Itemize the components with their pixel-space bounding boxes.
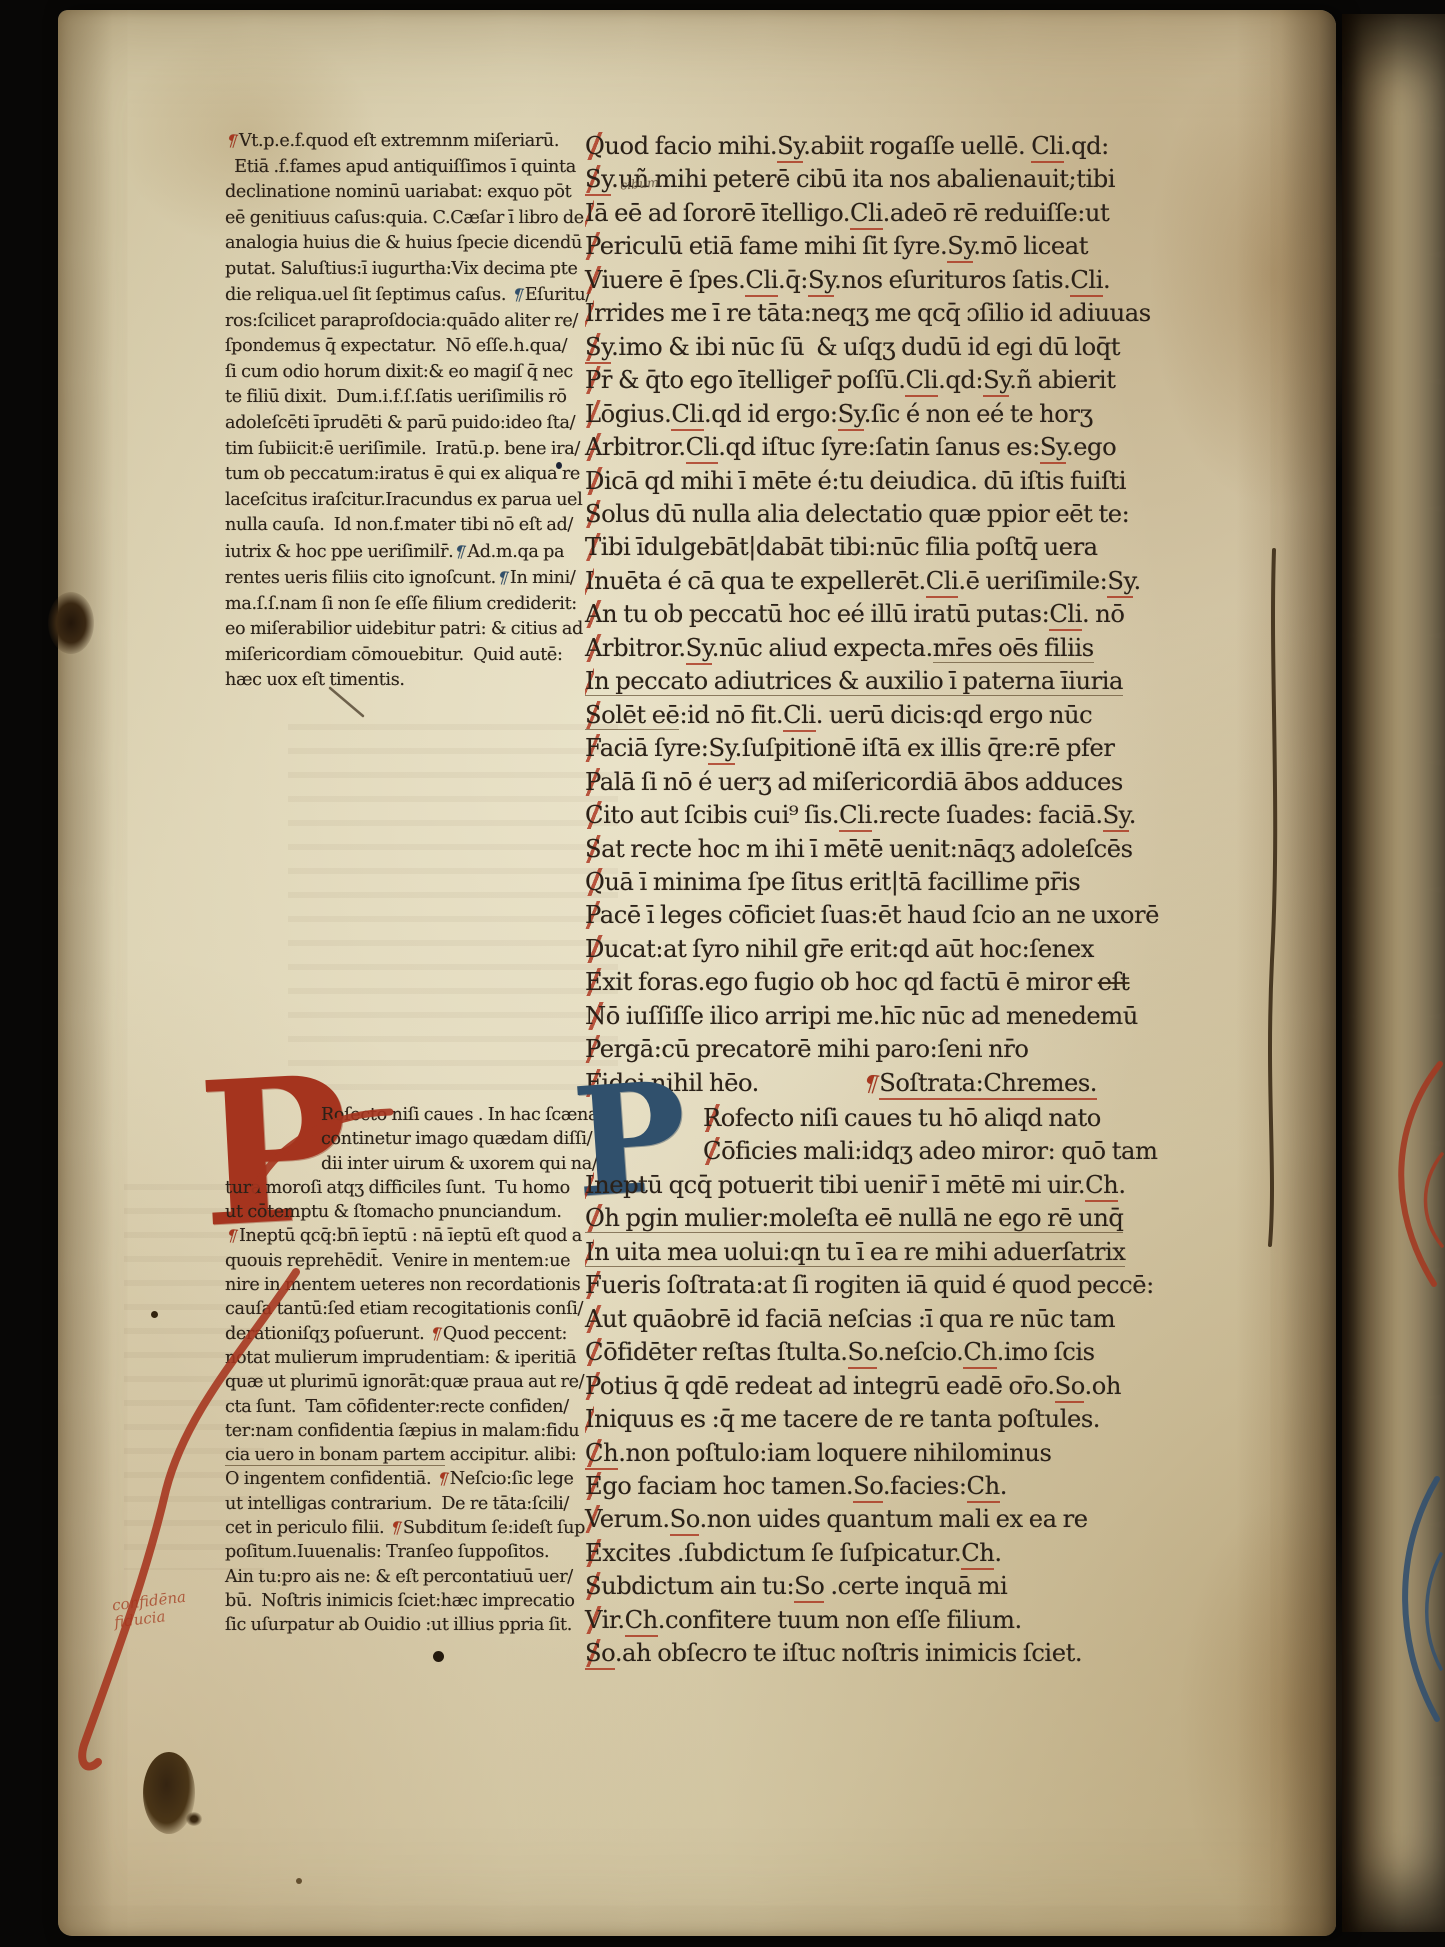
wormhole: [48, 592, 94, 654]
facing-page-edge: [1342, 14, 1445, 1932]
text-line: Iniquus es :q̄ me tacere de re tanta poſ…: [585, 1403, 1315, 1436]
speaker-abbrev: So: [848, 1338, 878, 1369]
paragraph-mark-icon: ¶: [435, 1467, 451, 1493]
speaker-abbrev: Cli: [671, 400, 704, 431]
ink-strikethrough: eſt: [1098, 968, 1130, 996]
text-line: dii inter uirum & uxorem qui na/: [225, 1152, 620, 1176]
text-line: ſi cum odio horum dixit:& eo magiſ q̄ ne…: [225, 360, 620, 386]
text-line: hæc uox eſt timentis.: [225, 668, 620, 694]
text-line: Iā eē ad ſororē ītelligo.Cli.adeō rē red…: [585, 197, 1315, 230]
speaker-abbrev: Sy: [947, 232, 973, 263]
text-line: ¶Ineptū qcq̄:bn̄ īeptū : nā īeptū eſt qu…: [225, 1224, 620, 1248]
text-line: notat mulierum imprudentiam: & iperitiā: [225, 1346, 620, 1370]
speaker-abbrev: Cli: [1070, 266, 1103, 297]
text-line: cauſa tantū:ſed etiam recogitationis con…: [225, 1297, 620, 1321]
text-line: Lōgius.Cli.qd id ergo:Sy.ſic é non eé te…: [585, 398, 1315, 431]
speaker-abbrev: Sy: [983, 366, 1009, 397]
text-line: Rofecto niſi caues tu hō aliqd nato: [585, 1102, 1315, 1135]
text-line: Etiā .f.fames apud antiquiſſimos ī quint…: [225, 155, 620, 181]
facing-page-initials-icon: [1342, 14, 1445, 1932]
text-line: Roſecto niſi caues . In hac ſcæna: [225, 1103, 620, 1127]
text-line: quouis reprehēdit̄. Venire in mentem:ue: [225, 1249, 620, 1273]
text-line: adoleſcēti īprudēti & parū puido:ideo ſt…: [225, 411, 620, 437]
text-line: Ineptū qcq̄ potuerit tibi uenir̄ ī mētē …: [585, 1169, 1315, 1202]
speaker-abbrev: Sy: [1103, 801, 1129, 832]
text-line: Ain tu:pro ais ne: & eſt percontatiuū ue…: [225, 1565, 620, 1589]
photo-background: ¶Vt.p.e.f.quod eſt extremnm miſeriarū. E…: [0, 0, 1445, 1947]
text-line: ſic uſurpatur ab Ouidio :ut illius ppria…: [225, 1613, 620, 1637]
speaker-abbrev: Sy: [777, 132, 803, 163]
text-line: ter:nam confidentia ſæpius in malam:fidu: [225, 1419, 620, 1443]
text-line: te filiū dixit. Dum.i.f.ſ.ſatis ueriſimi…: [225, 385, 620, 411]
speaker-abbrev: Ch: [625, 1606, 658, 1637]
text-line: Pr̄ & q̄to ego ītelliger̄ poſſū.Cli.qd:S…: [585, 364, 1315, 397]
speaker-abbrev: Sy: [1107, 567, 1133, 598]
text-line: Oh pgin mulier:moleſta eē nullā ne ego r…: [585, 1202, 1315, 1235]
text-line: cta ſunt. Tam cōfidenter:recte confiden/: [225, 1395, 620, 1419]
text-line: ſpondemus q̄ expectatur. Nō eſſe.h.qua/: [225, 334, 620, 360]
speaker-abbrev: Ch: [967, 1472, 1000, 1503]
text-line: bū. Noſtris inimicis ſciet:hæc imprecati…: [225, 1589, 620, 1613]
paragraph-mark-icon: ¶: [428, 1321, 444, 1347]
text-line: ut intelligas contrarium. De re tāta:ſci…: [225, 1492, 620, 1516]
text-line: Quod facio mihi.Sy.abiit rogaſſe uellē. …: [585, 130, 1315, 163]
ink-blot: [186, 1812, 202, 1826]
paragraph-mark-icon: ¶: [509, 282, 526, 309]
text-line: Dicā qd mihi ī mēte é:tu deiudica. dū iſ…: [585, 465, 1315, 498]
speaker-abbrev: Ch: [961, 1539, 994, 1570]
text-line: O ingentem confidentiā. ¶Neſcio:ſic lege: [225, 1467, 620, 1491]
text-line: Vir.Ch.confitere tuum non eſſe filium.: [585, 1604, 1315, 1637]
ink-underline: mr̄es oēs filiis: [933, 634, 1094, 663]
text-line: Arbitror.Cli.qd iſtuc ſyre:ſatin ſanus e…: [585, 431, 1315, 464]
text-line: Aut quāobrē id faciā neſcias :ī qua re n…: [585, 1303, 1315, 1336]
text-line: nire in mentem ueteres non recordationis: [225, 1273, 620, 1297]
text-line: poſitum.Iuuenalis: Tranſeo ſuppoſitos.: [225, 1540, 620, 1564]
text-line: miſericordiam cōmouebitur. Quid autē:: [225, 643, 620, 669]
ink-underline: In uita mea uolui:qn tu ī ea re mihi adu…: [585, 1238, 1125, 1267]
text-line: Cōfidēter reſtas ſtulta.So.neſcio.Ch.imo…: [585, 1336, 1315, 1369]
speaker-abbrev: Cli: [850, 199, 883, 230]
text-line: quæ ut plurimū ignorāt:quæ praua aut re/: [225, 1370, 620, 1394]
text-line: Verum.So.non uides quantum mali ex ea re: [585, 1503, 1315, 1536]
text-line: Tibi īdulgebāt|dabāt tibi:nūc filia poſt…: [585, 531, 1315, 564]
speaker-abbrev: Cli: [1031, 132, 1064, 163]
speaker-abbrev: Sy: [838, 400, 864, 431]
text-line: In peccato adiutrices & auxilio ī patern…: [585, 665, 1315, 698]
ink-underline: In peccato adiutrices & auxilio ī patern…: [585, 667, 1123, 696]
text-line: die reliqua.uel ſit ſeptimus caſus. ¶Eſu…: [225, 282, 620, 309]
text-line: In uita mea uolui:qn tu ī ea re mihi adu…: [585, 1236, 1315, 1269]
text-line: So.ah obſecro te iſtuc noſtris inimicis …: [585, 1637, 1315, 1670]
text-line: derationiſqʒ poſuerunt. ¶Quod peccent:: [225, 1322, 620, 1346]
text-line: laceſcitus iraſcitur.Iracundus ex parua …: [225, 488, 620, 514]
text-line: Periculū etiā fame mihi ſit ſyre.Sy.mō l…: [585, 230, 1315, 263]
commentary-block-top: ¶Vt.p.e.f.quod eſt extremnm miſeriarū. E…: [225, 128, 620, 694]
paragraph-mark-icon: ¶: [224, 127, 241, 154]
text-line: cet in periculo filii. ¶Subditum ſe:ideſ…: [225, 1516, 620, 1540]
text-line: Sat recte hoc m ihi ī mētē uenit:nāqʒ ad…: [585, 833, 1315, 866]
ink-spot: [433, 1651, 444, 1662]
speaker-abbrev: So: [585, 1639, 615, 1670]
text-line: Palā ſi nō é uerʒ ad miſericordiā ābos a…: [585, 766, 1315, 799]
ink-underline: Oh pgin mulier:moleſta eē nullā ne ego r…: [585, 1204, 1123, 1233]
text-line: Fidei nihil hēo. ¶Soſtrata:Chremes.: [585, 1067, 1315, 1101]
commentary-block-bottom: Roſecto niſi caues . In hac ſcænacontine…: [225, 1103, 620, 1638]
speaker-abbrev: So: [853, 1472, 883, 1503]
speaker-abbrev: Sy: [808, 266, 834, 297]
speaker-abbrev: Sy: [585, 165, 611, 196]
text-line: Cōficies mali:idqʒ adeo miror: quō tam: [585, 1135, 1315, 1168]
text-line: Potius q̄ qdē redeat ad integrū eadē or̄…: [585, 1370, 1315, 1403]
text-line: Exit foras.ego fugio ob hoc qd factū ē m…: [585, 966, 1315, 999]
speaker-abbrev: Sy: [1040, 433, 1066, 464]
speaker-abbrev: So: [794, 1572, 824, 1603]
text-line: putat. Saluſtius:ī iugurtha:Vix decima p…: [225, 257, 620, 283]
paragraph-mark-icon: ¶: [452, 538, 469, 565]
text-line: ut cōtemptu & ſtomacho pnunciandum.: [225, 1200, 620, 1224]
text-line: Ducat:at ſyro nihil gr̄e erit:qd aūt hoc…: [585, 933, 1315, 966]
text-line: Solēt eē:id nō fit.Cli. uerū dicis:qd er…: [585, 699, 1315, 732]
speaker-abbrev: So: [1055, 1372, 1085, 1403]
marginal-annotation: confidēna fiducia: [111, 1589, 189, 1632]
text-line: declinatione nominū uariabat: exquo pōt: [225, 180, 620, 206]
paragraph-mark-icon: ¶: [224, 1224, 240, 1250]
paragraph-mark-icon: ¶: [388, 1515, 404, 1541]
text-line: continetur imago quædam diſſi/: [225, 1127, 620, 1151]
speaker-abbrev: Sy: [686, 634, 712, 665]
text-line: Fueris ſoſtrata:at ſi rogiten iā quid é …: [585, 1269, 1315, 1302]
text-line: ma.ſ.ſ.nam ſi non ſe eſſe filium credide…: [225, 592, 620, 618]
speaker-abbrev: So: [670, 1505, 700, 1536]
speaker-abbrev: Ch: [963, 1338, 996, 1369]
text-line: Inuēta é cā qua te expellerēt.Cli.ē ueri…: [585, 565, 1315, 598]
text-line: Irrides me ī re tāta:neqʒ me qcq̄ ɔſilio…: [585, 297, 1315, 330]
speaker-abbrev: Cli: [1049, 600, 1082, 631]
text-line: iutrix & hoc ppe ueriſimilr̄.¶Ad.m.qa pa: [225, 539, 620, 566]
text-line: Faciā ſyre:Sy.ſuſpitionē iſtā ex illis q…: [585, 732, 1315, 765]
text-line: ¶Vt.p.e.f.quod eſt extremnm miſeriarū.: [225, 128, 620, 155]
text-line: rentes ueris filiis cito ignoſcunt.¶In m…: [225, 565, 620, 592]
paragraph-mark-icon: ¶: [495, 565, 512, 592]
speaker-abbrev: Cli: [783, 701, 816, 732]
text-line: Viuere ē ſpes.Cli.q̄:Sy.nos eſurituros ſ…: [585, 264, 1315, 297]
speaker-abbrev: Cli: [839, 801, 872, 832]
text-line: Arbitror.Sy.nūc aliud expecta.mr̄es oēs …: [585, 632, 1315, 665]
text-line: Pacē ī leges cōficiet ſuas:ēt haud ſcio …: [585, 899, 1315, 932]
speaker-abbrev: Ch: [585, 1439, 618, 1470]
ink-underline: cia uero in bonam partem: [225, 1445, 445, 1466]
speaker-abbrev: Cli: [686, 433, 719, 464]
text-line: Quā ī minima ſpe ſitus erit|tā facillime…: [585, 866, 1315, 899]
text-line: eē genitiuus caſus:quia. C.Cæſar ī libro…: [225, 206, 620, 232]
text-line: An tu ob peccatū hoc eé illū iratū putas…: [585, 598, 1315, 631]
text-line: Ego faciam hoc tamen.So.facies:Ch.: [585, 1470, 1315, 1503]
verse-block-top: Quod facio mihi.Sy.abiit rogaſſe uellē. …: [585, 130, 1315, 1101]
paragraph-mark-icon: ¶: [860, 1067, 881, 1102]
text-line: Subdictum ain tu:So .certe inquā mi: [585, 1570, 1315, 1603]
speaker-abbrev: Sy: [708, 734, 734, 765]
speaker-abbrev: Cli: [926, 567, 959, 598]
show-through-text: [288, 710, 618, 1090]
text-line: cia uero in bonam partem accipitur. alib…: [225, 1443, 620, 1467]
ink-spot: [151, 1311, 158, 1318]
text-line: Cito aut ſcibis cui⁹ ſis.Cli.recte ſuade…: [585, 799, 1315, 832]
text-line: Ch.non poſtulo:iam loquere nihilominus: [585, 1437, 1315, 1470]
text-line: Solus dū nulla alia delectatio quæ ppior…: [585, 498, 1315, 531]
speaker-abbrev: Cli: [745, 266, 778, 297]
text-line: nulla cauſa. Id non.f.mater tibi nō eſt …: [225, 513, 620, 539]
text-line: tim ſubiicit:ē ueriſimile. Iratū.p. bene…: [225, 437, 620, 463]
text-line: ros:ſcilicet paraproſdocia:quādo aliter …: [225, 309, 620, 335]
ink-spot: [556, 462, 562, 469]
text-line: eo miſerabilior uidebitur patri: & citiu…: [225, 617, 620, 643]
text-line: tura moroſi atqʒ difficiles ſunt. Tu hom…: [225, 1176, 620, 1200]
book-page: ¶Vt.p.e.f.quod eſt extremnm miſeriarū. E…: [58, 10, 1336, 1936]
text-line: analogia huius die & huius ſpecie dicend…: [225, 231, 620, 257]
speaker-abbrev: Ch: [1085, 1171, 1118, 1202]
text-line: Sy.imo & ibi nūc ſū & uſqʒ dudū id egi d…: [585, 331, 1315, 364]
speaker-abbrev: Soſtrata:Chremes.: [879, 1069, 1097, 1100]
text-line: Excites .ſubdictum ſe ſuſpicatur.Ch.: [585, 1537, 1315, 1570]
ink-underline: Solēt eē: [585, 701, 679, 730]
text-line: Sy.uñ mihi peterē cibū ita nos abalienau…: [585, 163, 1315, 196]
verse-block-bottom: Rofecto niſi caues tu hō aliqd natoCōfic…: [585, 1102, 1315, 1671]
speaker-abbrev: Cli: [905, 366, 938, 397]
ink-spot: [296, 1878, 302, 1884]
text-line: Pergā:cū precatorē mihi paro:ſeni nr̄o: [585, 1033, 1315, 1066]
text-line: Nō iuſſiſſe ilico arripi me.hīc nūc ad m…: [585, 1000, 1315, 1033]
speaker-abbrev: Sy: [585, 333, 611, 364]
